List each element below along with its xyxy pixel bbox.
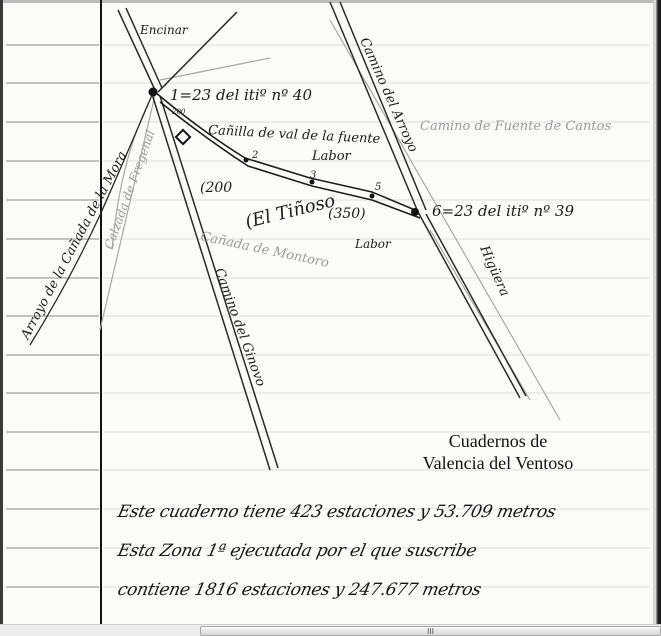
label-labor-lower: Labor bbox=[354, 237, 392, 251]
label-distance-left: (200 bbox=[200, 180, 232, 196]
footer-note-1: Este cuaderno tiene 423 estaciones y 53.… bbox=[116, 502, 558, 522]
label-road-name: Cañilla de val de la fuente bbox=[208, 123, 381, 147]
scanned-page: Encinar 1=23 del itiº nº 40 200 Cañilla … bbox=[0, 0, 661, 624]
footer-note-2: Esta Zona 1ª ejecutada por el que suscri… bbox=[116, 541, 479, 561]
label-point-1-sub: 200 bbox=[171, 108, 186, 116]
label-pencil-1: Camino de Fuente de Cantos bbox=[420, 119, 611, 134]
footer-note-3: contiene 1816 estaciones y 247.677 metro… bbox=[116, 580, 483, 600]
label-higuera: Higüera bbox=[476, 243, 512, 299]
label-point-6: 6=23 del itiº nº 39 bbox=[432, 202, 574, 220]
document-caption: Cuadernos de Valencia del Ventoso bbox=[408, 430, 588, 474]
label-distance-right: (350) bbox=[328, 206, 366, 222]
caption-line-1: Cuadernos de bbox=[408, 430, 588, 452]
label-el-tiñoso: (El Tiñoso bbox=[243, 190, 337, 233]
station-point-6 bbox=[411, 208, 419, 216]
label-point-1: 1=23 del itiº nº 40 bbox=[170, 86, 312, 104]
station-point-4 bbox=[370, 194, 375, 199]
station-point-2 bbox=[244, 158, 249, 163]
station-point-1 bbox=[149, 88, 158, 97]
label-encinar: Encinar bbox=[139, 23, 189, 37]
margin-rules bbox=[6, 45, 99, 587]
page-right-edge bbox=[653, 0, 661, 624]
scrollbar-thumb[interactable]: III bbox=[200, 626, 661, 636]
label-point-2: 2 bbox=[251, 150, 258, 161]
image-viewport[interactable]: Encinar 1=23 del itiº nº 40 200 Cañilla … bbox=[0, 0, 661, 624]
road-top-left bbox=[118, 8, 162, 90]
caption-line-2: Valencia del Ventoso bbox=[408, 452, 588, 474]
label-pencil-2: Cañada de Montoro bbox=[199, 229, 330, 271]
label-camino-ginovo: Camino del Ginovo bbox=[211, 266, 268, 389]
label-labor-upper: Labor bbox=[311, 149, 352, 164]
horizontal-scrollbar[interactable]: III bbox=[0, 624, 661, 636]
scrollbar-grip-icon: III bbox=[427, 628, 434, 635]
landmark-diamond-icon bbox=[176, 130, 190, 144]
label-point-5: 5 bbox=[375, 182, 381, 193]
road-camino-ginovo bbox=[152, 94, 278, 470]
road-cañilla bbox=[155, 92, 420, 218]
survey-sketch: Encinar 1=23 del itiº nº 40 200 Cañilla … bbox=[0, 0, 661, 624]
label-point-3: 3 bbox=[310, 170, 316, 181]
